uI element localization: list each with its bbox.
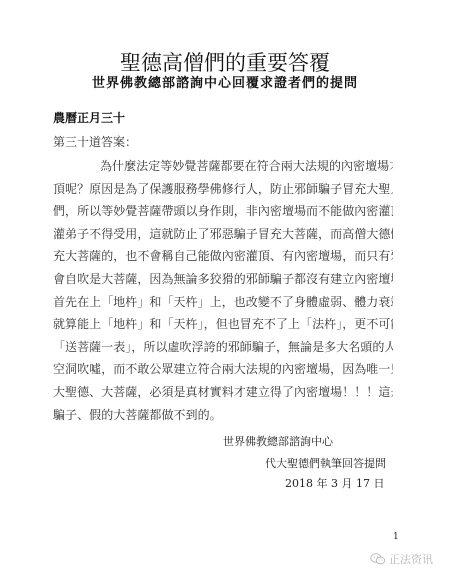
paragraph-line: 就算能上「地杵」和「天杵」，但也冒充不了上「法杵」，更不可能有大聖量 xyxy=(53,313,393,336)
paragraph-line: 灌弟子不得受用，這就防止了邪惡騙子冒充大菩薩，而高僧大德們絕不會冒 xyxy=(53,223,393,246)
paragraph-line: 空洞吹噓，而不敢公眾建立符合兩大法規的內密壇場，因為唯一只有真正的 xyxy=(53,358,393,381)
answer-paragraph: 為什麼法定等妙覺菩薩都要在符合兩大法規的內密壇場才能作內密灌 頂呢？原因是為了保… xyxy=(53,155,393,426)
paragraph-line: 會自吹是大菩薩，因為無論多狡猾的邪師騙子都沒有建立內密壇場的功夫， xyxy=(53,268,393,291)
paragraph-line: 「送菩薩一表」，所以虛吹浮誇的邪師騙子，無論是多大名頭的人物，只能 xyxy=(53,336,393,359)
paragraph-line: 首先在上「地杵」和「天杵」上，也改變不了身體虛弱、體力衰竭的真相， xyxy=(53,291,393,314)
watermark-text: 正法资讯 xyxy=(389,551,433,567)
paragraph-line: 大聖德、大菩薩，必須是真材實料才建立得了內密壇場！！！這是任何邪師 xyxy=(53,381,393,404)
signature-date: 2018 年 3 月 17 日 xyxy=(285,475,384,491)
watermark: 正法资讯 xyxy=(370,551,433,567)
paragraph-line: 充大菩薩的，也不會稱自己能做內密灌頂、有內密壇場，而只有邪惡騙子才 xyxy=(53,245,393,268)
signature-role: 代大聖德們執筆回答提問 xyxy=(265,455,386,471)
paragraph-line: 頂呢？原因是為了保護服務學佛修行人，防止邪師騙子冒充大聖人詐騙他 xyxy=(53,178,393,201)
paragraph-line: 騙子、假的大菩薩都做不到的。 xyxy=(53,404,393,427)
wechat-icon xyxy=(370,553,386,565)
lunar-date: 農曆正月三十 xyxy=(53,109,125,126)
paragraph-line: 們，所以等妙覺菩薩帶頭以身作則，非內密壇場而不能做內密灌頂，否則受 xyxy=(53,200,393,223)
answer-heading: 第三十道答案： xyxy=(53,133,137,150)
page-number: 1 xyxy=(393,532,399,542)
paragraph-line: 為什麼法定等妙覺菩薩都要在符合兩大法規的內密壇場才能作內密灌 xyxy=(53,155,393,178)
signature-organization: 世界佛教總部諮詢中心 xyxy=(223,433,333,449)
document-subtitle: 世界佛教總部諮詢中心回覆求證者們的提問 xyxy=(0,72,450,91)
